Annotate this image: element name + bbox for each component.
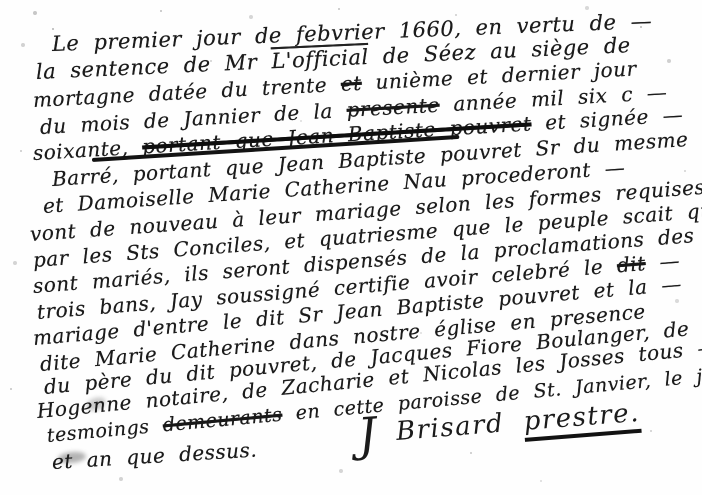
scan-noise-speckles [0,0,2,2]
manuscript-line: et an que dessus. [51,439,257,472]
struck-text: et [340,71,362,96]
overlined-text: L'official [271,45,369,73]
manuscript-page: Le premier jour de febvrier 1660, en ver… [0,0,702,495]
signature-title: prestre. [523,398,642,442]
struck-text: dit [616,251,647,277]
line-text: soixante, [32,135,143,165]
